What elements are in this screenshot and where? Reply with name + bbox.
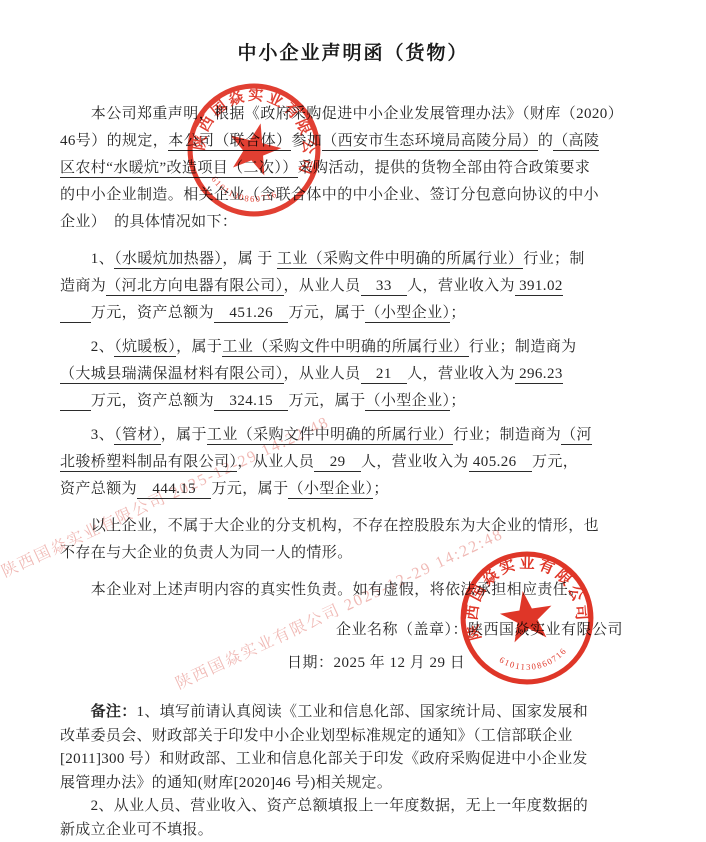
doc-line: 本企业对上述声明内容的真实性负责。如有虚假，将依法承担相应责任。	[60, 577, 650, 604]
filled-blank: 296.23	[515, 366, 563, 384]
filled-blank	[60, 305, 91, 323]
doc-line: 备注：1、填写前请认真阅读《工业和信息化部、国家统计局、国家发展和	[60, 701, 652, 725]
doc-line: [2011]300 号）和财政部、工业和信息化部关于印发《政府采购促进中小企业发	[60, 748, 652, 772]
text-run: 参加	[291, 133, 322, 149]
text-run: 2、从业人员、营业收入、资产总额填报上一年度数据，无上一年度数据的	[60, 798, 588, 814]
text-run: 人，营业收入为	[407, 278, 515, 294]
text-run: 行业；制造商为	[469, 339, 577, 355]
doc-line: 万元，资产总额为 324.15 万元，属于（小型企业）；	[60, 388, 650, 415]
filled-blank: （小型企业）	[365, 393, 450, 411]
filled-blank: 444.15	[137, 481, 211, 499]
filled-blank: （管材）	[114, 427, 161, 445]
filled-blank: 33	[361, 278, 408, 296]
doc-line: 的中小企业制造。相关企业（含联合体中的中小企业、签订分包意向协议的中小	[60, 182, 650, 209]
filled-blank: 工业（采购文件中明确的所属行业）	[222, 339, 468, 357]
text-run: 资产总额为	[60, 481, 137, 497]
text-run: ；	[450, 305, 465, 321]
text-run: 行业；制造商为	[453, 427, 561, 443]
notes-section: 备注：1、填写前请认真阅读《工业和信息化部、国家统计局、国家发展和改革委员会、财…	[60, 701, 652, 842]
filled-blank: （大城县瑞满保温材料有限公司）	[60, 366, 284, 384]
filled-blank: 工业（采购文件中明确的所属行业）	[207, 427, 453, 445]
doc-line: 资产总额为 444.15 万元，属于（小型企业）；	[60, 476, 650, 503]
doc-line: 北骏桥塑料制品有限公司），从业人员 29 人，营业收入为 405.26 万元，	[60, 449, 650, 476]
filled-blank: 451.26	[214, 305, 288, 323]
text-run: 人，营业收入为	[407, 366, 515, 382]
text-run: 造商为	[60, 278, 106, 294]
doc-line: 1、（水暖炕加热器），属 于 工业（采购文件中明确的所属行业）行业；制	[60, 246, 650, 273]
text-run: ，从业人员	[284, 278, 361, 294]
text-run: 采购活动，提供的货物全部由符合政策要求	[298, 160, 591, 176]
text-run: 3、	[60, 427, 114, 443]
doc-line: 企业） 的具体情况如下：	[60, 209, 650, 236]
text-run: 46号）的规定，	[60, 133, 168, 149]
doc-line: 46号）的规定，本公司（联合体）参加（西安市生态环境局高陵分局）的（高陵	[60, 128, 650, 155]
text-run: 万元，	[532, 454, 578, 470]
filled-blank: （水暖炕加热器）	[114, 251, 222, 269]
filled-blank: 324.15	[214, 393, 288, 411]
declaration-document: 陕西国焱实业有限公司 2025-12-29 14:22:48 陕西国焱实业有限公…	[0, 0, 706, 842]
filled-blank: （西安市生态环境局高陵分局）	[322, 133, 538, 151]
filled-blank: （高陵	[553, 133, 599, 151]
doc-line: 不存在与大企业的负责人为同一人的情形。	[60, 540, 650, 567]
filled-blank: 21	[361, 366, 408, 384]
doc-line: 以上企业，不属于大企业的分支机构，不存在控股股东为大企业的情形，也	[60, 513, 650, 540]
text-run: [2011]300 号）和财政部、工业和信息化部关于印发《政府采购促进中小企业发	[60, 751, 588, 767]
filled-blank: （小型企业）	[365, 305, 450, 323]
paragraph-declaration: 本公司郑重声明，根据《政府采购促进中小企业发展管理办法》（财库（2020）46号…	[60, 101, 650, 236]
filled-blank: 391.02	[515, 278, 563, 296]
document-page: { "title": "中小企业声明函（货物）", "watermark": {…	[0, 0, 706, 842]
text-run: ，从业人员	[237, 454, 314, 470]
doc-line: 3、（管材），属于工业（采购文件中明确的所属行业）行业；制造商为（河	[60, 422, 650, 449]
doc-line: 万元，资产总额为 451.26 万元，属于（小型企业）；	[60, 300, 650, 327]
filled-blank: 北骏桥塑料制品有限公司）	[60, 454, 237, 472]
text-run: ，属 于	[222, 251, 277, 267]
text-run: 改革委员会、财政部关于印发中小企业划型标准规定的通知》（工信部联企业	[60, 728, 573, 744]
text-run: 不存在与大企业的负责人为同一人的情形。	[60, 545, 353, 561]
date-line: 日期：2025 年 12 月 29 日	[287, 651, 465, 672]
text-run: 1、填写前请认真阅读《工业和信息化部、国家统计局、国家发展和	[137, 704, 589, 720]
doc-line: 本公司郑重声明，根据《政府采购促进中小企业发展管理办法》（财库（2020）	[60, 101, 650, 128]
doc-line: 改革委员会、财政部关于印发中小企业划型标准规定的通知》（工信部联企业	[60, 725, 652, 749]
paragraph-item3-pipes: 3、（管材），属于工业（采购文件中明确的所属行业）行业；制造商为（河北骏桥塑料制…	[60, 422, 650, 503]
filled-blank: 29	[314, 454, 361, 472]
doc-line: 2、（炕暖板），属于工业（采购文件中明确的所属行业）行业；制造商为	[60, 334, 650, 361]
paragraph-item1-heater: 1、（水暖炕加热器），属 于 工业（采购文件中明确的所属行业）行业；制造商为（河…	[60, 246, 650, 327]
doc-line: 展管理办法》的通知(财库[2020]46 号)相关规定。	[60, 772, 652, 796]
doc-line: 区农村“水暖炕”改造项目（二次））采购活动，提供的货物全部由符合政策要求	[60, 155, 650, 182]
doc-line: （大城县瑞满保温材料有限公司），从业人员 21 人，营业收入为 296.23	[60, 361, 650, 388]
doc-line: 新成立企业可不填报。	[60, 819, 652, 842]
filled-blank: （河	[561, 427, 592, 445]
filled-blank	[60, 393, 91, 411]
company-name-sign-line: 企业名称（盖章）：陕西国焱实业有限公司	[336, 618, 623, 639]
paragraph-conclusion: 以上企业，不属于大企业的分支机构，不存在控股股东为大企业的情形，也不存在与大企业…	[60, 513, 650, 567]
text-run: 2、	[60, 339, 114, 355]
text-run: 企业） 的具体情况如下：	[60, 214, 237, 230]
text-run: ，属于	[176, 339, 222, 355]
filled-blank: （河北方向电器有限公司）	[106, 278, 283, 296]
paragraph-item2-kang-panel: 2、（炕暖板），属于工业（采购文件中明确的所属行业）行业；制造商为（大城县瑞满保…	[60, 334, 650, 415]
svg-text:6101130860716: 6101130860716	[497, 644, 571, 676]
page-title: 中小企业声明函（货物）	[0, 38, 706, 65]
text-run: 人，营业收入为	[361, 454, 469, 470]
text-run: 备注：	[91, 704, 137, 720]
filled-blank: （炕暖板）	[114, 339, 176, 357]
text-run: 万元，属于	[288, 393, 365, 409]
text-run: 以上企业，不属于大企业的分支机构，不存在控股股东为大企业的情形，也	[60, 518, 599, 534]
text-run: ；	[450, 393, 465, 409]
text-run: 1、	[60, 251, 114, 267]
text-run: 本公司郑重声明，根据《政府采购促进中小企业发展管理办法》（财库（2020）	[60, 106, 623, 122]
paragraph-responsibility: 本企业对上述声明内容的真实性负责。如有虚假，将依法承担相应责任。	[60, 577, 650, 604]
doc-line: 造商为（河北方向电器有限公司），从业人员 33 人，营业收入为 391.02	[60, 273, 650, 300]
text-run: 的	[538, 133, 553, 149]
text-run: 行业；制	[523, 251, 585, 267]
filled-blank: （小型企业）	[288, 481, 373, 499]
seal-code: 6101130860716	[497, 644, 571, 676]
text-run: 万元，资产总额为	[91, 393, 214, 409]
text-run: ；	[373, 481, 388, 497]
text-run: ，从业人员	[284, 366, 361, 382]
filled-blank: 工业（采购文件中明确的所属行业）	[277, 251, 523, 269]
text-run: 展管理办法》的通知(财库[2020]46 号)相关规定。	[60, 775, 392, 791]
text-run: 万元，属于	[288, 305, 365, 321]
filled-blank: 区农村“水暖炕”改造项目（二次））	[60, 160, 298, 178]
text-run	[60, 704, 91, 720]
doc-line: 2、从业人员、营业收入、资产总额填报上一年度数据，无上一年度数据的	[60, 795, 652, 819]
text-run: 新成立企业可不填报。	[60, 822, 213, 838]
filled-blank: 本公司（联合体）	[168, 133, 291, 151]
text-run: 的中小企业制造。相关企业（含联合体中的中小企业、签订分包意向协议的中小	[60, 187, 599, 203]
text-run: ，属于	[161, 427, 207, 443]
text-run: 万元，属于	[211, 481, 288, 497]
text-run: 本企业对上述声明内容的真实性负责。如有虚假，将依法承担相应责任。	[60, 582, 584, 598]
text-run: 万元，资产总额为	[91, 305, 214, 321]
filled-blank: 405.26	[469, 454, 532, 472]
